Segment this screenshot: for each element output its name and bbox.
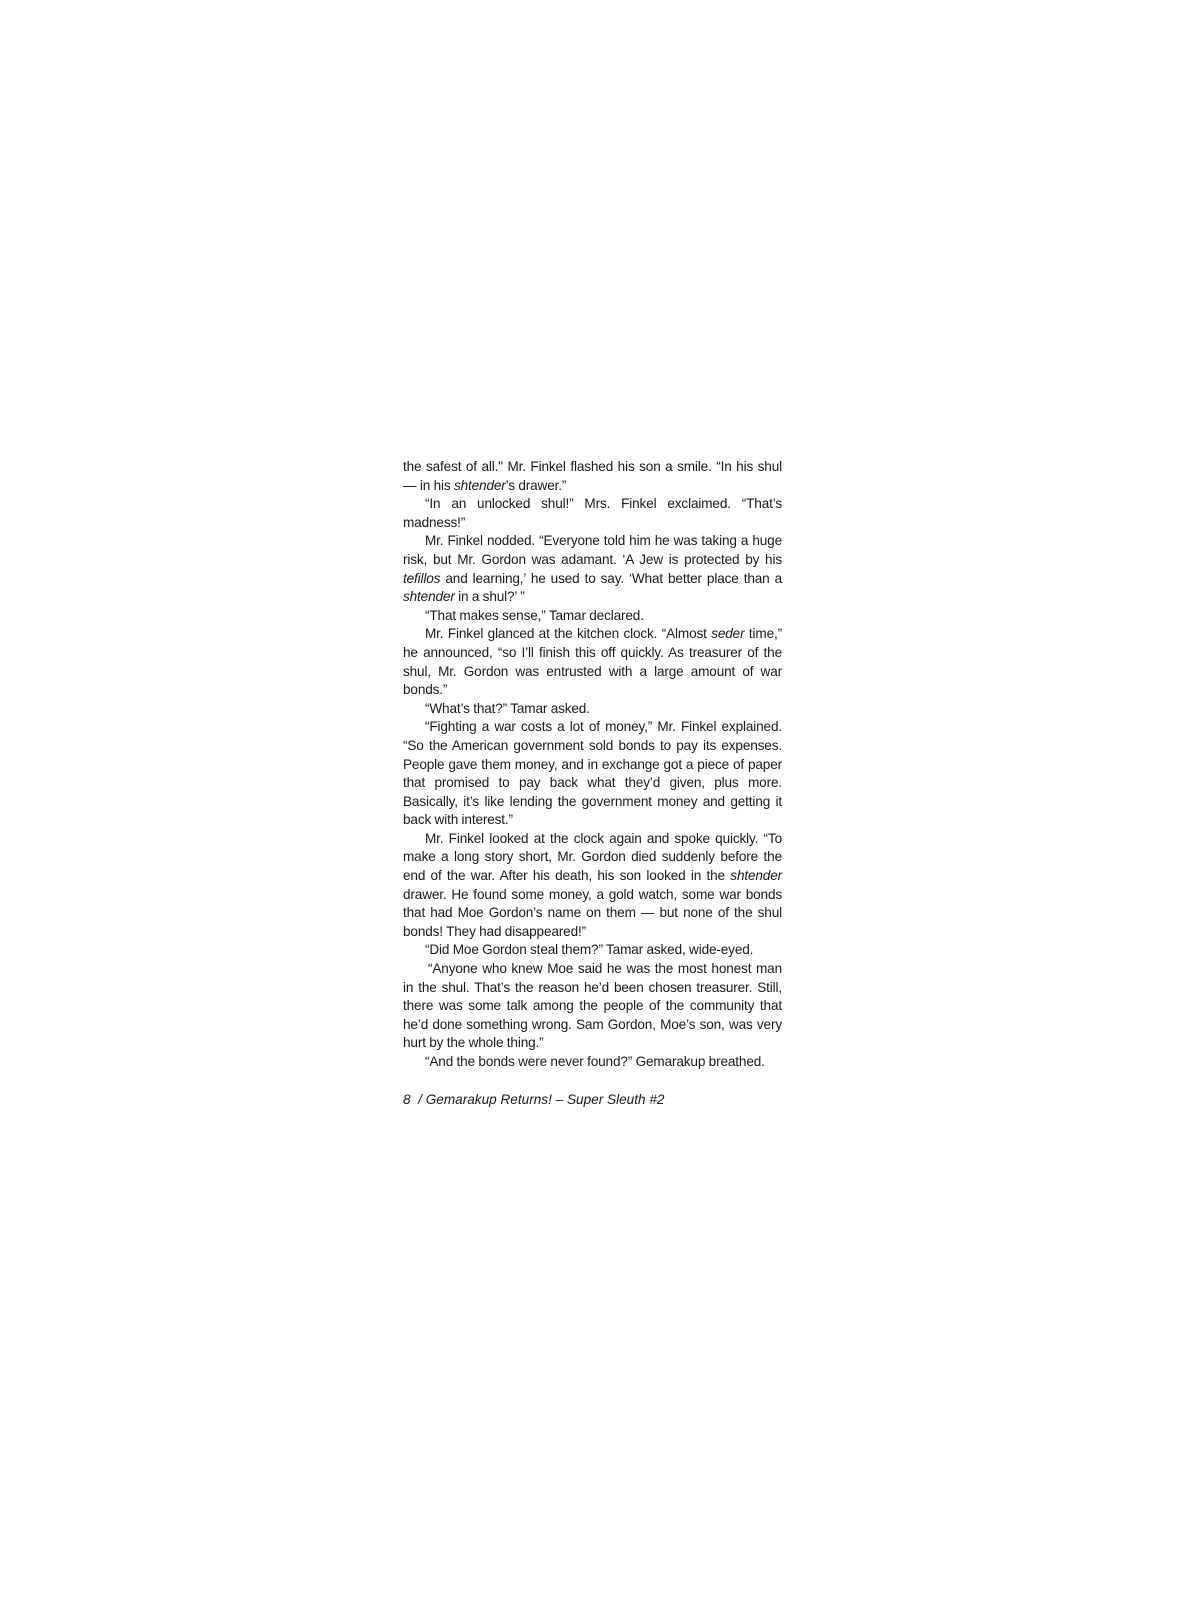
text-run: in a shul?’ ” (455, 589, 525, 604)
paragraph: Mr. Finkel nodded. “Everyone told him he… (403, 532, 782, 606)
footer-separator: / (418, 1092, 422, 1107)
italic-term: shtender (403, 589, 455, 604)
paragraph: “In an unlocked shul!” Mrs. Finkel excla… (403, 495, 782, 532)
page-footer: 8 / Gemarakup Returns! – Super Sleuth #2 (403, 1092, 664, 1107)
text-run: drawer. He found some money, a gold watc… (403, 887, 782, 939)
text-run: “Fighting a war costs a lot of money,” M… (403, 719, 782, 827)
running-title: Gemarakup Returns! – Super Sleuth #2 (426, 1092, 665, 1107)
text-run: and learning,’ he used to say. ‘What bet… (440, 571, 782, 586)
paragraph: the safest of all." Mr. Finkel flashed h… (403, 458, 782, 495)
text-run: “And the bonds were never found?” Gemara… (425, 1054, 765, 1069)
paragraph: Mr. Finkel glanced at the kitchen clock.… (403, 625, 782, 699)
text-run: “In an unlocked shul!” Mrs. Finkel excla… (403, 496, 782, 530)
italic-term: seder (711, 626, 744, 641)
italic-term: tefillos (403, 571, 440, 586)
text-run: “Did Moe Gordon steal them?” Tamar asked… (425, 942, 753, 957)
paragraph: “What’s that?” Tamar asked. (403, 700, 782, 719)
text-run: ’s drawer.” (506, 478, 567, 493)
text-run: Mr. Finkel nodded. “Everyone told him he… (403, 533, 782, 567)
book-page: the safest of all." Mr. Finkel flashed h… (403, 458, 782, 1072)
text-run: Mr. Finkel looked at the clock again and… (403, 831, 782, 883)
text-run: “Anyone who knew Moe said he was the mos… (403, 961, 782, 1050)
body-text: the safest of all." Mr. Finkel flashed h… (403, 458, 782, 1072)
paragraph: Mr. Finkel looked at the clock again and… (403, 830, 782, 942)
text-run: “That makes sense,” Tamar declared. (425, 608, 644, 623)
paragraph: “Did Moe Gordon steal them?” Tamar asked… (403, 941, 782, 960)
paragraph: “That makes sense,” Tamar declared. (403, 607, 782, 626)
page-number: 8 (403, 1092, 411, 1107)
text-run: Mr. Finkel glanced at the kitchen clock.… (425, 626, 711, 641)
paragraph: “Fighting a war costs a lot of money,” M… (403, 718, 782, 830)
italic-term: shtender (730, 868, 782, 883)
text-run: “What’s that?” Tamar asked. (425, 701, 590, 716)
paragraph: “Anyone who knew Moe said he was the mos… (403, 960, 782, 1053)
paragraph: “And the bonds were never found?” Gemara… (403, 1053, 782, 1072)
italic-term: shtender (454, 478, 506, 493)
